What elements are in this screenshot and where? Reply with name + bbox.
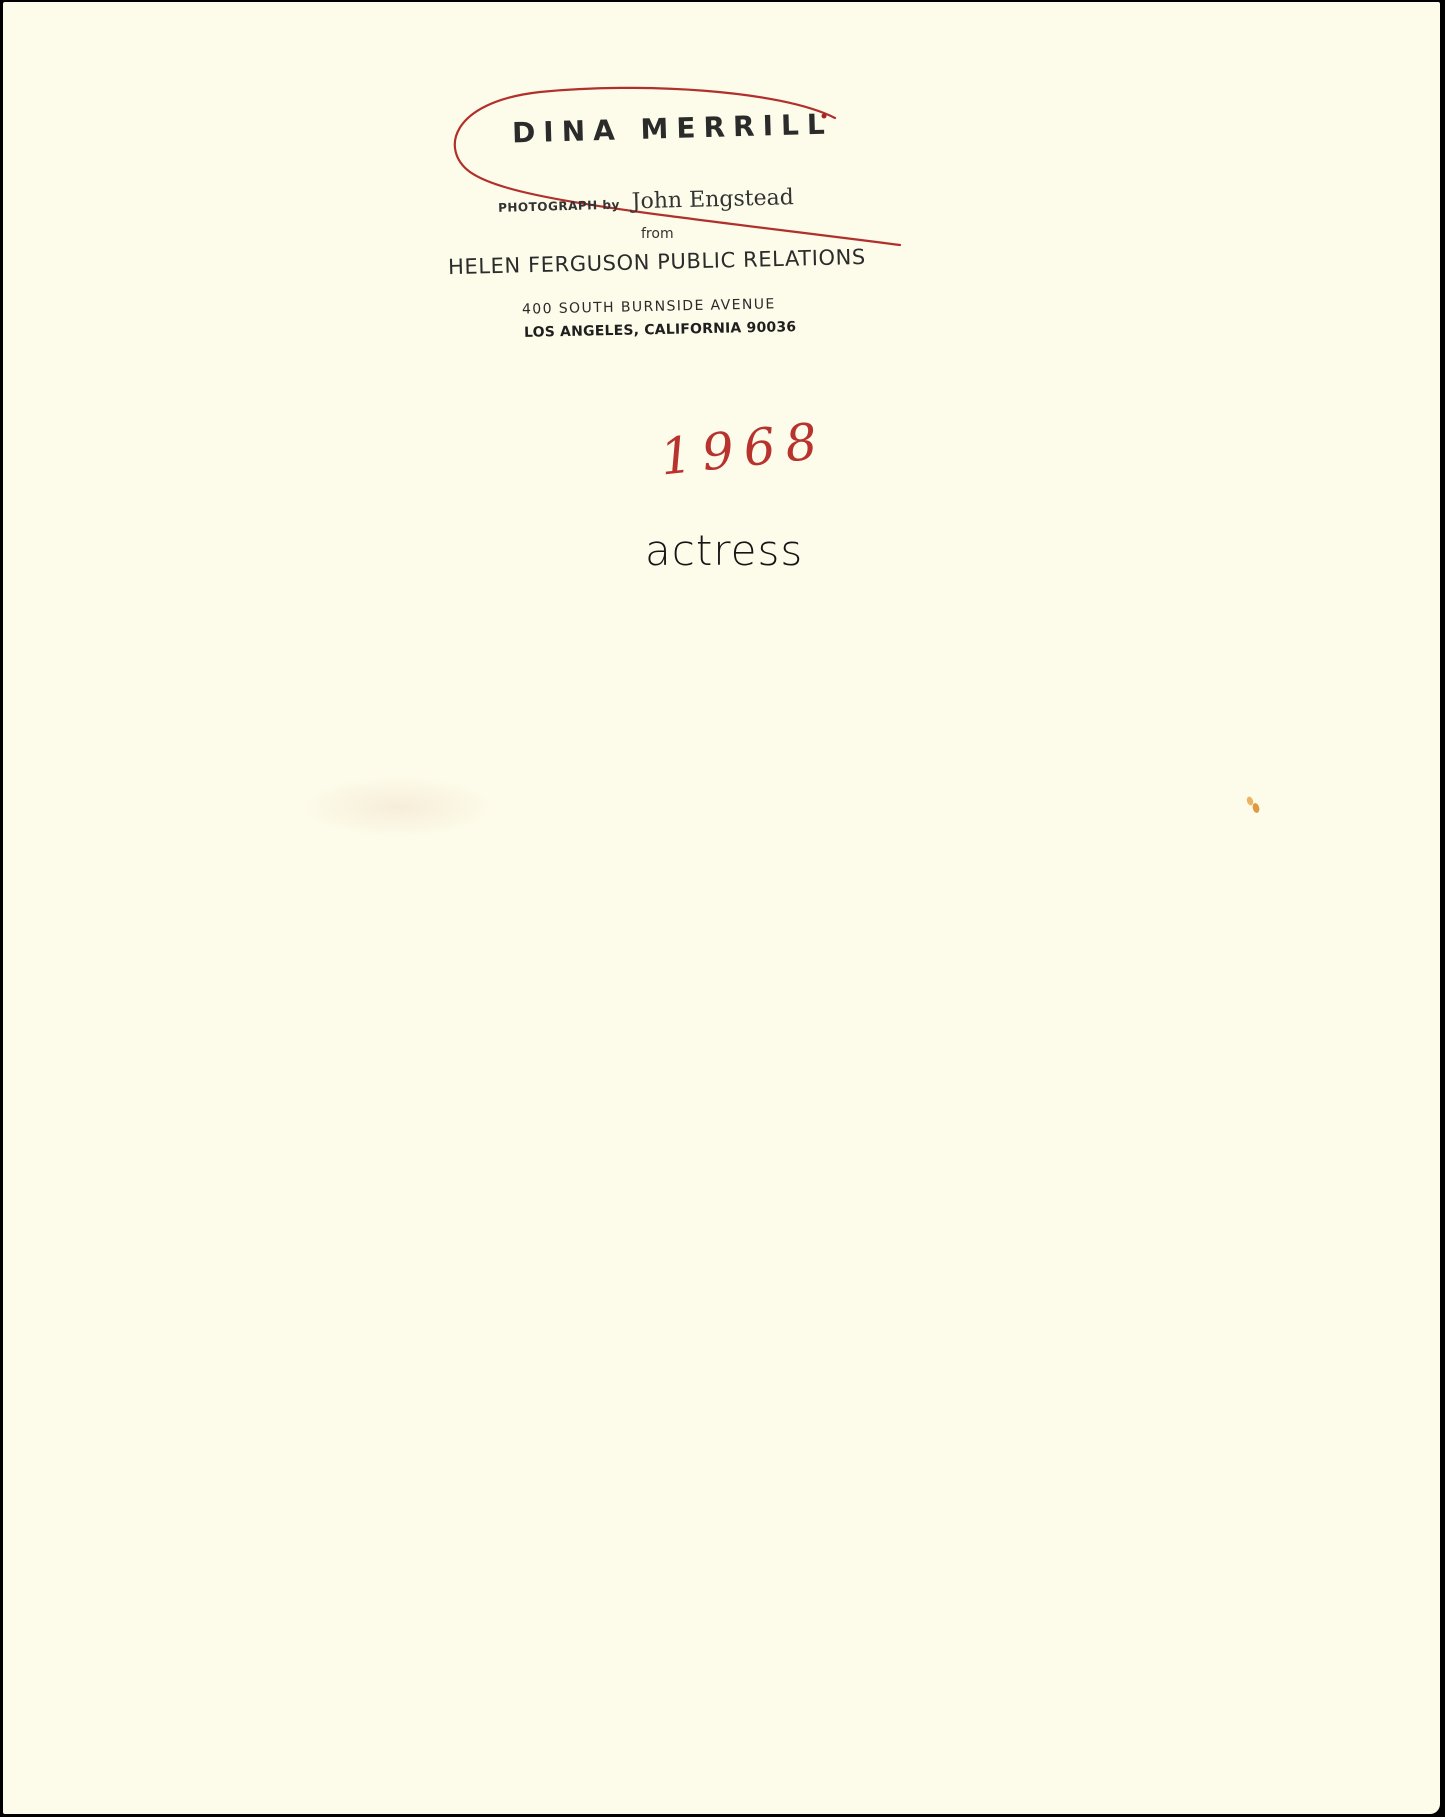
address-line-1: 400 SOUTH BURNSIDE AVENUE — [522, 296, 776, 317]
handwritten-note: actress — [645, 526, 803, 575]
from-label: from — [641, 226, 674, 242]
photo-credit-label: PHOTOGRAPH by — [498, 198, 620, 215]
address-line-2: LOS ANGELES, CALIFORNIA 90036 — [524, 319, 797, 341]
foxing-spot — [1246, 795, 1260, 815]
agency-name: HELEN FERGUSON PUBLIC RELATIONS — [448, 245, 866, 279]
photographer-name: John Engstead — [631, 185, 794, 214]
photo-credit-line: PHOTOGRAPH by John Engstead — [498, 185, 794, 218]
publicity-stamp: DINA MERRILL PHOTOGRAPH by John Engstead… — [0, 0, 1445, 400]
paper-stain — [303, 777, 493, 837]
subject-name: DINA MERRILL — [512, 108, 834, 150]
